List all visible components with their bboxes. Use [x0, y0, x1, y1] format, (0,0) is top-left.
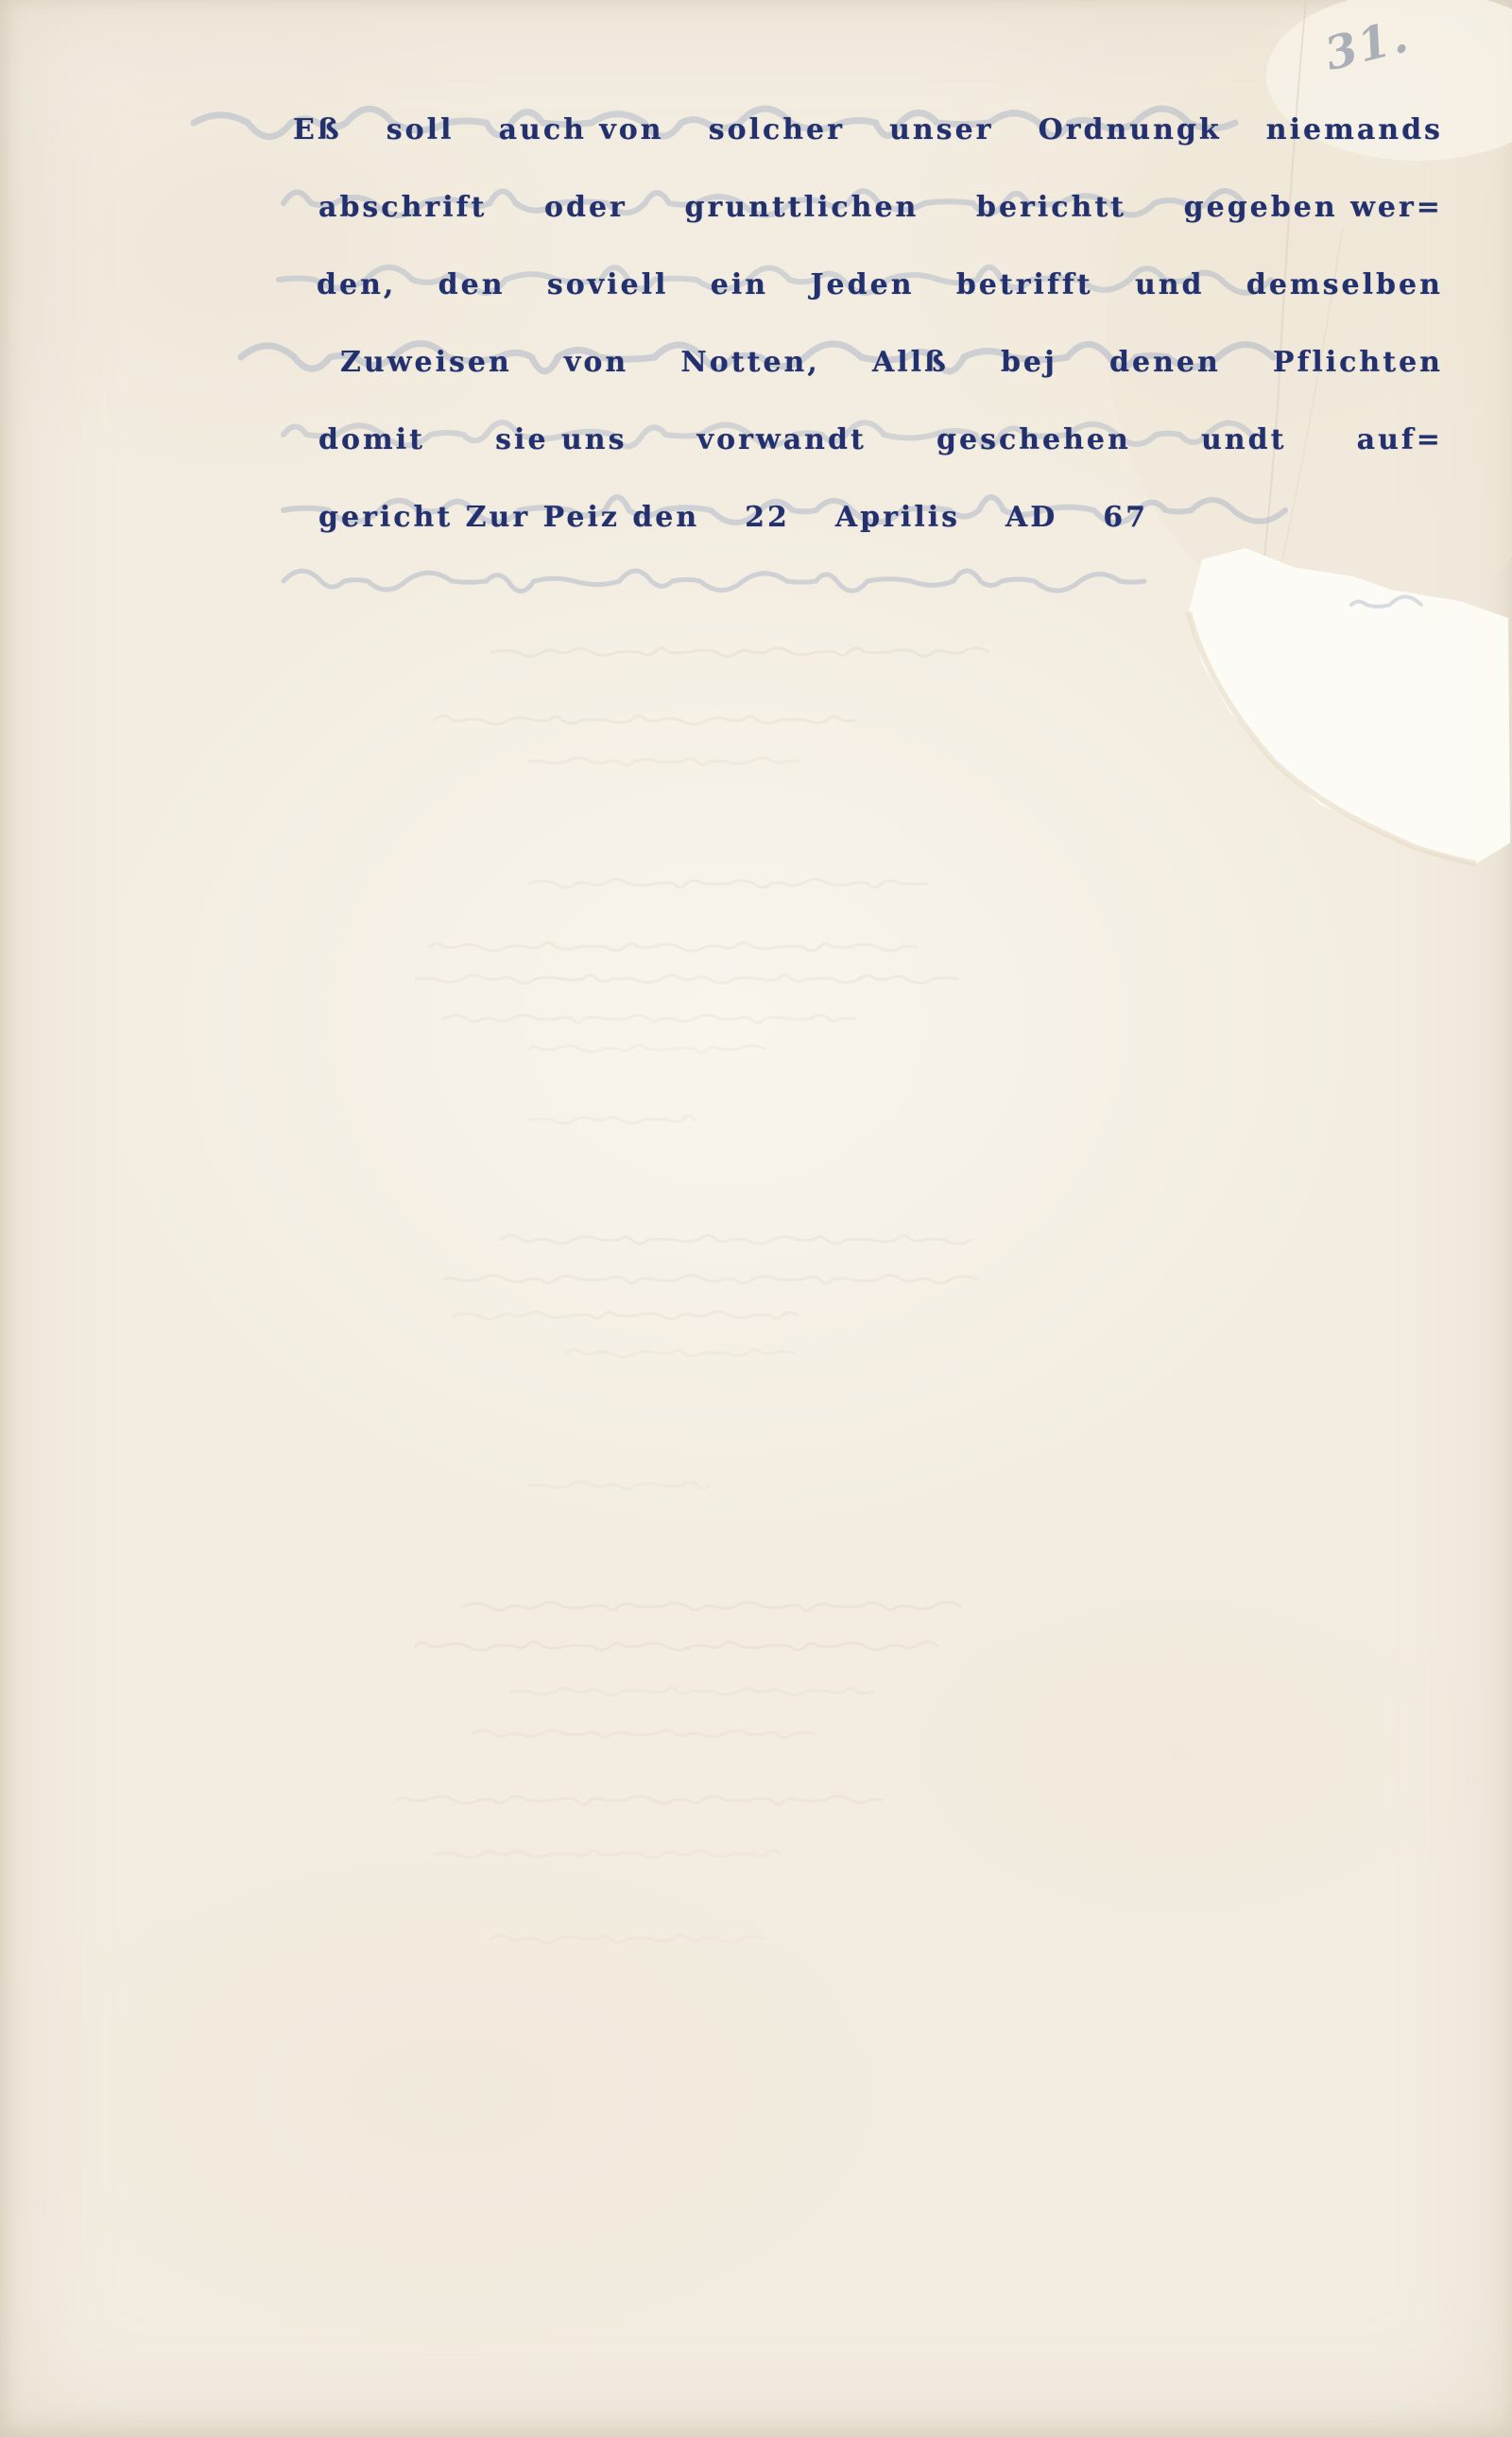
word-chunk: soviell	[547, 268, 669, 301]
ghost-script-stroke	[472, 1730, 815, 1738]
ghost-script-stroke	[444, 1015, 855, 1022]
ghost-script-stroke	[416, 975, 957, 984]
word-chunk: Aprilis	[835, 501, 960, 534]
word-chunk: 22	[745, 501, 790, 534]
transcription-line: den,densovielleinJedenbetrifftunddemselb…	[293, 246, 1443, 323]
word-chunk: soll	[387, 113, 455, 146]
word-chunk: Eß	[293, 113, 342, 146]
word-chunk: geschehen	[936, 423, 1131, 456]
ghost-script-stroke	[501, 1236, 971, 1244]
word-chunk: grunttlichen	[684, 191, 919, 224]
word-chunk: solcher	[709, 113, 845, 146]
ghost-script-stroke	[430, 943, 917, 952]
word-chunk: und	[1135, 268, 1205, 301]
ghost-script-stroke	[529, 1116, 695, 1124]
word-chunk: abschrift	[318, 191, 487, 224]
ghost-script-stroke	[435, 1850, 780, 1858]
ghost-script-stroke	[529, 1482, 709, 1489]
word-chunk: undt	[1201, 423, 1286, 456]
word-chunk: sie uns	[495, 423, 627, 456]
ghost-script-stroke	[454, 1312, 798, 1319]
ghost-script-stroke	[529, 1045, 765, 1053]
word-chunk: Zuweisen	[340, 346, 512, 379]
word-chunk: unser	[889, 113, 993, 146]
ghost-script-stroke	[491, 1935, 765, 1943]
word-chunk: berichtt	[976, 191, 1126, 224]
ghost-script-stroke	[529, 758, 799, 765]
word-chunk: Notten,	[680, 346, 820, 379]
word-chunk: 67	[1103, 501, 1148, 534]
word-chunk: auch von	[499, 113, 664, 146]
word-chunk: Ordnungk	[1039, 113, 1222, 146]
word-chunk: demselben	[1246, 268, 1443, 301]
word-chunk: ein	[711, 268, 768, 301]
word-chunk: den	[438, 268, 506, 301]
word-chunk: AD	[1005, 501, 1057, 534]
ghost-script-stroke	[463, 1603, 960, 1611]
word-chunk: vorwandt	[697, 423, 867, 456]
word-chunk: bej	[1001, 346, 1057, 379]
transcription-line: Eßsollauch vonsolcherunserOrdnungknieman…	[293, 91, 1443, 168]
ghost-script-stroke	[397, 1796, 882, 1805]
transcription-line: gericht Zur Peiz den22AprilisAD67	[293, 478, 1148, 556]
ghost-script-stroke	[491, 648, 988, 657]
manuscript-page: 31. Eßsollauch vonsolcherunserOrdnungkni…	[0, 0, 1512, 2437]
word-chunk: oder	[544, 191, 627, 224]
transcription-line: abschriftodergrunttlichenberichttgegeben…	[293, 168, 1443, 246]
word-chunk: gegeben wer=	[1184, 191, 1443, 224]
word-chunk: domit	[318, 423, 425, 456]
transcription-line: ZuweisenvonNotten,AllßbejdenenPflichten	[293, 323, 1443, 401]
ghost-script-stroke	[435, 716, 855, 725]
ghost-script-stroke	[416, 1642, 937, 1651]
word-chunk: von	[564, 346, 628, 379]
ghost-script-stroke	[283, 571, 1144, 592]
ghost-script-stroke	[444, 1276, 977, 1284]
word-chunk: Jeden	[810, 268, 914, 301]
transcription-line: domitsie unsvorwandtgeschehenundtauf=	[293, 401, 1443, 478]
ghost-script-stroke	[567, 1349, 794, 1357]
ghost-script-stroke	[510, 1688, 873, 1695]
word-chunk: den,	[317, 268, 396, 301]
word-chunk: Pflichten	[1273, 346, 1443, 379]
word-chunk: denen	[1109, 346, 1221, 379]
word-chunk: niemands	[1266, 113, 1443, 146]
word-chunk: Allß	[872, 346, 949, 379]
ghost-script-stroke	[529, 880, 927, 888]
word-chunk: betrifft	[956, 268, 1093, 301]
transcription-block: Eßsollauch vonsolcherunserOrdnungknieman…	[293, 91, 1443, 556]
word-chunk: gericht Zur Peiz den	[318, 501, 699, 534]
word-chunk: auf=	[1357, 423, 1443, 456]
